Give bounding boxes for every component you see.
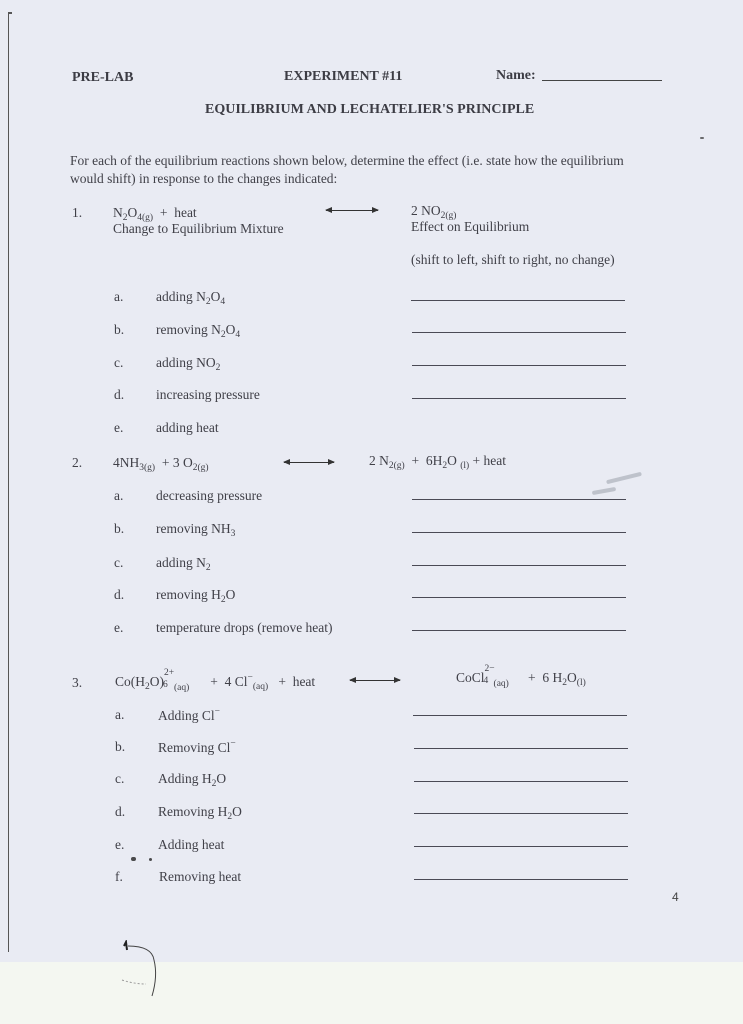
question-1-number: 1. <box>72 205 82 221</box>
item-letter: d. <box>114 587 124 603</box>
q2-item-d-change: removing H2O <box>156 587 235 605</box>
q1-answer-d[interactable] <box>412 398 626 399</box>
item-letter: d. <box>115 804 125 820</box>
item-letter: b. <box>114 322 124 338</box>
q1-item-a-change: adding N2O4 <box>156 289 225 307</box>
q1-answer-a[interactable] <box>411 300 625 301</box>
name-input-line[interactable] <box>542 80 662 81</box>
name-field[interactable]: Name: <box>496 68 662 84</box>
item-letter: e. <box>114 420 123 436</box>
pencil-mark <box>606 472 642 485</box>
q3-item-b-change: Removing Cl− <box>158 739 236 756</box>
item-letter: a. <box>114 289 123 305</box>
change-column-header: Change to Equilibrium Mixture <box>113 221 284 237</box>
name-label: Name: <box>496 68 536 83</box>
question-2-number: 2. <box>72 455 82 471</box>
q3-answer-c[interactable] <box>414 781 628 782</box>
q3-answer-b[interactable] <box>414 748 628 749</box>
item-letter: e. <box>114 620 123 636</box>
item-letter: b. <box>115 739 125 755</box>
q3-item-f-change: Removing heat <box>159 869 241 885</box>
q1-answer-b[interactable] <box>412 332 626 333</box>
q3-answer-f[interactable] <box>414 879 628 880</box>
q3-item-d-change: Removing H2O <box>158 804 242 822</box>
instructions-line-2: would shift) in response to the changes … <box>70 169 337 188</box>
question-3-number: 3. <box>72 675 82 691</box>
q2-item-c-change: adding N2 <box>156 555 211 573</box>
item-letter: c. <box>115 771 124 787</box>
q2-item-b-change: removing NH3 <box>156 521 235 539</box>
margin-rule <box>8 12 9 952</box>
question-2-reactants: 4NH3(g) + 3 O2(g) <box>113 455 209 473</box>
q1-answer-c[interactable] <box>412 365 626 366</box>
item-letter: a. <box>114 488 123 504</box>
item-letter: c. <box>114 555 123 571</box>
q1-item-b-change: removing N2O4 <box>156 322 240 340</box>
question-3-reactants: Co(H2O)2+6(aq) + 4 Cl−(aq) + heat <box>115 673 315 692</box>
instructions-line-1: For each of the equilibrium reactions sh… <box>70 151 624 170</box>
q3-item-a-change: Adding Cl− <box>158 707 220 724</box>
q3-item-c-change: Adding H2O <box>158 771 226 789</box>
q1-item-e-change: adding heat <box>156 420 219 436</box>
scan-speck <box>149 858 152 861</box>
experiment-label: EXPERIMENT #11 <box>284 69 402 85</box>
page-number: 4 <box>672 890 679 904</box>
q2-item-e-change: temperature drops (remove heat) <box>156 620 333 636</box>
q3-answer-d[interactable] <box>414 813 628 814</box>
scan-speck <box>131 857 136 861</box>
prelab-label: PRE-LAB <box>72 70 133 86</box>
q3-answer-e[interactable] <box>414 846 628 847</box>
item-letter: c. <box>114 355 123 371</box>
q2-answer-d[interactable] <box>412 597 626 598</box>
scribble-mark <box>112 940 172 1000</box>
pencil-mark <box>592 487 616 495</box>
item-letter: f. <box>115 869 123 885</box>
item-letter: b. <box>114 521 124 537</box>
equilibrium-arrow-icon <box>326 210 378 211</box>
scan-speck <box>700 137 704 139</box>
q3-item-e-change: Adding heat <box>158 837 224 853</box>
options-hint: (shift to left, shift to right, no chang… <box>411 252 615 268</box>
q1-item-d-change: increasing pressure <box>156 387 260 403</box>
q2-answer-a[interactable] <box>412 499 626 500</box>
effect-column-header: Effect on Equilibrium <box>411 219 529 235</box>
equilibrium-arrow-icon <box>350 680 400 681</box>
item-letter: d. <box>114 387 124 403</box>
q2-answer-c[interactable] <box>412 565 626 566</box>
q1-item-c-change: adding NO2 <box>156 355 220 373</box>
question-3-products: CoCl2−4(aq) + 6 H2O(l) <box>456 670 586 688</box>
item-letter: e. <box>115 837 124 853</box>
q3-answer-a[interactable] <box>413 715 627 716</box>
item-letter: a. <box>115 707 124 723</box>
q2-item-a-change: decreasing pressure <box>156 488 262 504</box>
page-title: EQUILIBRIUM AND LECHATELIER'S PRINCIPLE <box>205 102 534 118</box>
question-2-products: 2 N2(g) + 6H2O (l) + heat <box>369 453 506 471</box>
q2-answer-e[interactable] <box>412 630 626 631</box>
q2-answer-b[interactable] <box>412 532 626 533</box>
equilibrium-arrow-icon <box>284 462 334 463</box>
